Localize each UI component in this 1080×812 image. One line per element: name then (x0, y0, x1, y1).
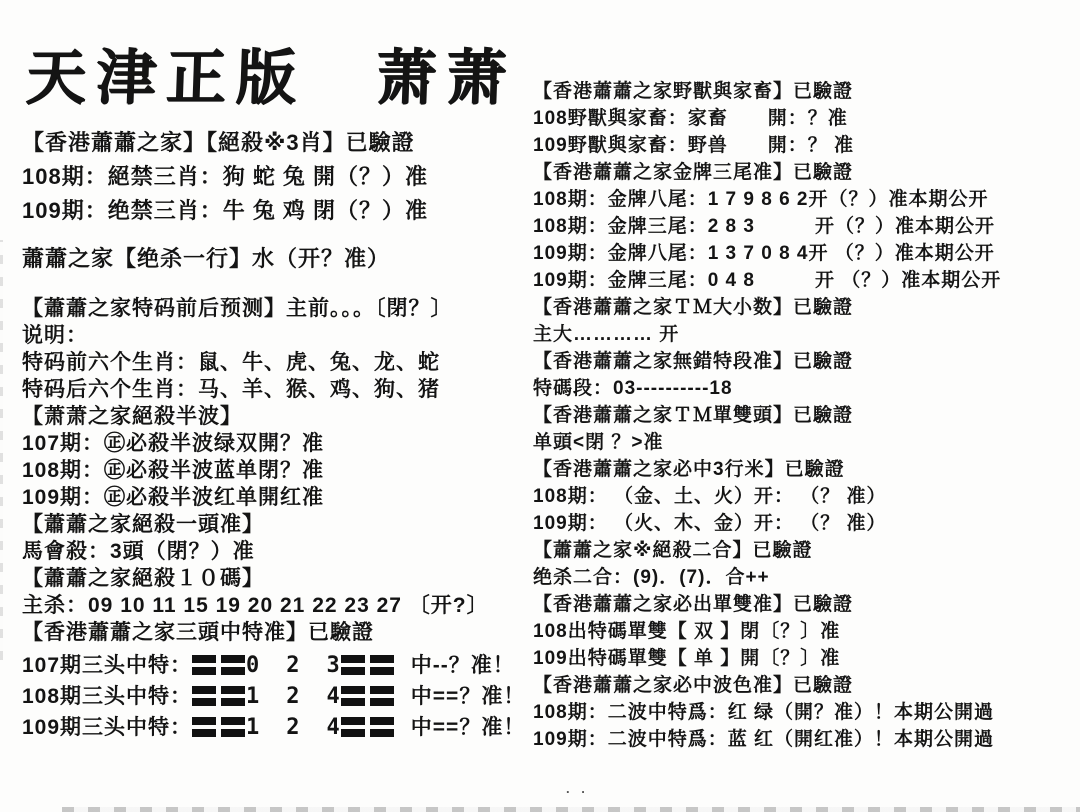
censored-block (192, 654, 246, 675)
right-column: 【香港蕭蕭之家野獸與家畜】已驗證 108野獸與家畜：家畜 開：？准 109野獸與… (533, 78, 1080, 753)
section-header: 【香港蕭蕭之家三頭中特准】已驗證 (22, 619, 527, 646)
text-line: 主大………… 开 (533, 321, 1080, 348)
triple-head-row: 109期三头中特：124中==？准！ (22, 712, 527, 743)
section-header: 【香港蕭蕭之家ＴＭ大小数】已驗證 (533, 294, 1080, 321)
section-header: 【蕭蕭之家特码前后预测】主前。。。〔閉？〕 (22, 295, 527, 322)
text-line: 单頭<閉 ？>准 (533, 429, 1080, 456)
kill-one-element-section: 蕭蕭之家【绝杀一行】水（开？准） (22, 242, 527, 276)
text-line: 109期：金牌八尾：1 3 7 0 8 4开 （？）准本期公开 (533, 240, 1080, 267)
section-header: 【香港蕭蕭之家野獸與家畜】已驗證 (533, 78, 1080, 105)
head-digit: 4 (327, 684, 341, 709)
section-header: 【香港蕭蕭之家無錯特段准】已驗證 (533, 348, 1080, 375)
text-line: 109期： （火、木、金）开： （？ 准） (533, 510, 1080, 537)
section-header: 【香港蕭蕭之家】【絕殺※3肖】已驗證 (22, 126, 527, 160)
text-line: 108期：金牌八尾：1 7 9 8 6 2开（？）准本期公开 (533, 186, 1080, 213)
censored-block (341, 716, 395, 737)
text-line: 主杀：09 10 11 15 19 20 21 22 23 27 〔开?〕 (22, 592, 527, 619)
censored-block (192, 685, 246, 706)
text-line: 108野獸與家畜：家畜 開：？准 (533, 105, 1080, 132)
head-digit: 1 (246, 715, 260, 740)
text-line: 109出特碼單雙【 单 】開〔？〕准 (533, 645, 1080, 672)
section-header: 【蕭蕭之家※絕殺二合】已驗證 (533, 537, 1080, 564)
left-column: 【香港蕭蕭之家】【絕殺※3肖】已驗證 108期：絕禁三肖：狗 蛇 兔 開（？）准… (22, 126, 527, 743)
text-line: 108期：絕禁三肖：狗 蛇 兔 開（？）准 (22, 160, 527, 194)
head-digit: 4 (327, 715, 341, 740)
row-result: 中==？准！ (411, 685, 526, 708)
text-line: 109野獸與家畜：野兽 開：？ 准 (533, 132, 1080, 159)
text-line: 说明： (22, 322, 527, 349)
head-digit: 1 (246, 684, 260, 709)
row-label: 109期三头中特： (22, 716, 192, 739)
scan-noise-strip (62, 807, 1080, 812)
text-line: 108期：二波中特爲：红 绿（開？准）！本期公開過 (533, 699, 1080, 726)
head-digit: 2 (286, 684, 300, 709)
head-digit: 0 (246, 653, 260, 678)
page-title: 天津正版 萧萧 (24, 30, 527, 116)
triple-head-section: 107期三头中特：023中--？准！ 108期三头中特：124中==？准！ 10… (22, 650, 527, 743)
text-line: 特碼段：03----------18 (533, 375, 1080, 402)
scan-edge-noise (0, 240, 3, 660)
triple-head-row: 108期三头中特：124中==？准！ (22, 681, 527, 712)
text-line: 109期：㊣必殺半波红单開红准 (22, 484, 527, 511)
scan-dot-artifact: . . (566, 781, 589, 796)
head-digit: 2 (286, 715, 300, 740)
section-header: 【蕭蕭之家絕殺一頭准】 (22, 511, 527, 538)
censored-block (341, 654, 395, 675)
head-digit: 2 (286, 653, 300, 678)
text-line: 108期：㊣必殺半波蓝单閉？准 (22, 457, 527, 484)
censored-block (341, 685, 395, 706)
text-line: 108期：金牌三尾：2 8 3 开（？）准本期公开 (533, 213, 1080, 240)
text-line: 绝杀二合：(9)．(7)．合++ (533, 564, 1080, 591)
text-line: 108出特碼單雙【 双 】閉〔？〕准 (533, 618, 1080, 645)
censored-block (192, 716, 246, 737)
row-result: 中--？准！ (411, 654, 515, 677)
row-result: 中==？准！ (411, 716, 526, 739)
text-line: 特码前六个生肖：鼠、牛、虎、兔、龙、蛇 (22, 349, 527, 376)
text-line: 109期：金牌三尾：0 4 8 开 （？）准本期公开 (533, 267, 1080, 294)
text-line: 107期：㊣必殺半波绿双開？准 (22, 430, 527, 457)
section-header: 【蕭蕭之家絕殺１０碼】 (22, 565, 527, 592)
text-line: 109期：绝禁三肖：牛 兔 鸡 閉（？）准 (22, 194, 527, 228)
kill-3-zodiac-section: 【香港蕭蕭之家】【絕殺※3肖】已驗證 108期：絕禁三肖：狗 蛇 兔 開（？）准… (22, 126, 527, 228)
head-digit: 3 (327, 653, 341, 678)
section-header: 【香港蕭蕭之家金牌三尾准】已驗證 (533, 159, 1080, 186)
row-label: 108期三头中特： (22, 685, 192, 708)
triple-head-row: 107期三头中特：023中--？准！ (22, 650, 527, 681)
text-line: 蕭蕭之家【绝杀一行】水（开？准） (22, 242, 527, 276)
section-header: 【香港蕭蕭之家必中3行米】已驗證 (533, 456, 1080, 483)
section-header: 【香港蕭蕭之家必中波色准】已驗證 (533, 672, 1080, 699)
section-header: 【香港蕭蕭之家必出單雙准】已驗證 (533, 591, 1080, 618)
section-header: 【萧萧之家絕殺半波】 (22, 403, 527, 430)
text-line: 特码后六个生肖：马、羊、猴、鸡、狗、猪 (22, 376, 527, 403)
text-line: 馬會殺：3頭（閉？）准 (22, 538, 527, 565)
text-line: 109期：二波中特爲：蓝 红（開红准）！本期公開過 (533, 726, 1080, 753)
prediction-section: 【蕭蕭之家特码前后预测】主前。。。〔閉？〕 说明： 特码前六个生肖：鼠、牛、虎、… (22, 295, 527, 646)
section-header: 【香港蕭蕭之家ＴＭ單雙頭】已驗證 (533, 402, 1080, 429)
text-line: 108期： （金、土、火）开： （？ 准） (533, 483, 1080, 510)
row-label: 107期三头中特： (22, 654, 192, 677)
